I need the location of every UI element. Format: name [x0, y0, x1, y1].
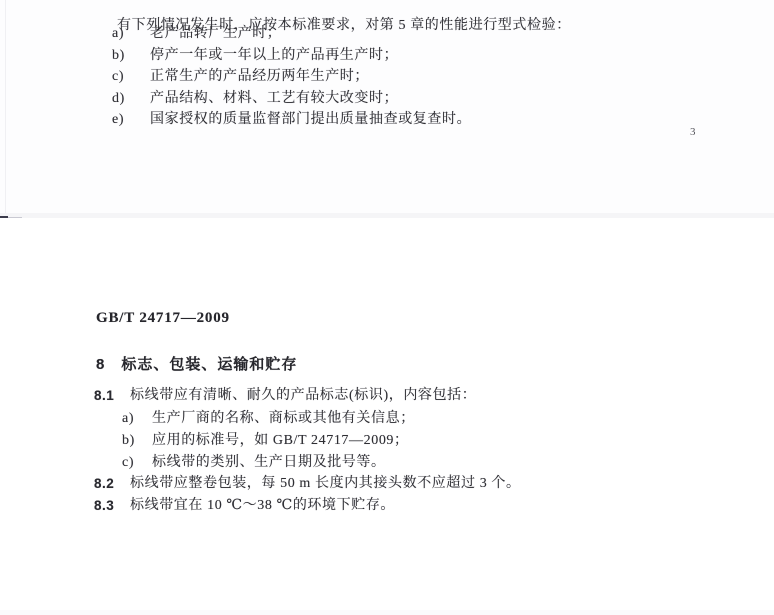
section-number: 8 [96, 356, 105, 373]
section-8-heading: 8标志、包装、运输和贮存 [96, 353, 297, 374]
list-text: 生产厂商的名称、商标或其他有关信息； [152, 411, 415, 427]
standard-code-header: GB/T 24717—2009 [96, 310, 230, 327]
list-text: 标线带的类别、生产日期及批号等。 [152, 455, 386, 471]
page-4-top: GB/T 24717—2009 8标志、包装、运输和贮存 8.1 标线带应有清晰… [0, 218, 774, 615]
clause-number: 8.3 [94, 498, 114, 513]
clause-text: 标线带宜在 10 ℃～38 ℃的环境下贮存。 [130, 498, 395, 514]
list-label: e) [112, 112, 142, 128]
list-text: 国家授权的质量监督部门提出质量抽查或复查时。 [150, 112, 471, 128]
clause-text: 标线带应有清晰、耐久的产品标志(标识)，内容包括： [130, 388, 476, 404]
scan-edge-line-top [5, 0, 6, 213]
list-label: c) [112, 69, 142, 85]
list-text: 正常生产的产品经历两年生产时； [150, 69, 369, 85]
list-text: 停产一年或一年以上的产品再生产时； [150, 48, 398, 64]
scan-bottom-shade [0, 610, 774, 615]
page-number: 3 [690, 126, 696, 138]
list-text: 产品结构、材料、工艺有较大改变时； [150, 91, 398, 107]
list-label: b) [112, 48, 142, 64]
clause-number: 8.2 [94, 476, 114, 491]
list-label: b) [122, 433, 150, 449]
list-label: a) [112, 26, 142, 42]
list-text: 老产品转厂生产时； [150, 26, 281, 42]
clause-text: 标线带应整卷包装，每 50 m 长度内其接头数不应超过 3 个。 [130, 476, 521, 492]
clause-number: 8.1 [94, 388, 114, 403]
list-text: 应用的标准号，如 GB/T 24717—2009； [152, 433, 409, 449]
page-3-bottom: 有下列情况发生时，应按本标准要求，对第 5 章的性能进行型式检验： a) 老产品… [0, 0, 774, 213]
document-scan: 有下列情况发生时，应按本标准要求，对第 5 章的性能进行型式检验： a) 老产品… [0, 0, 774, 615]
list-label: c) [122, 455, 150, 471]
list-label: d) [112, 91, 142, 107]
section-title: 标志、包装、运输和贮存 [121, 356, 297, 373]
list-label: a) [122, 411, 150, 427]
